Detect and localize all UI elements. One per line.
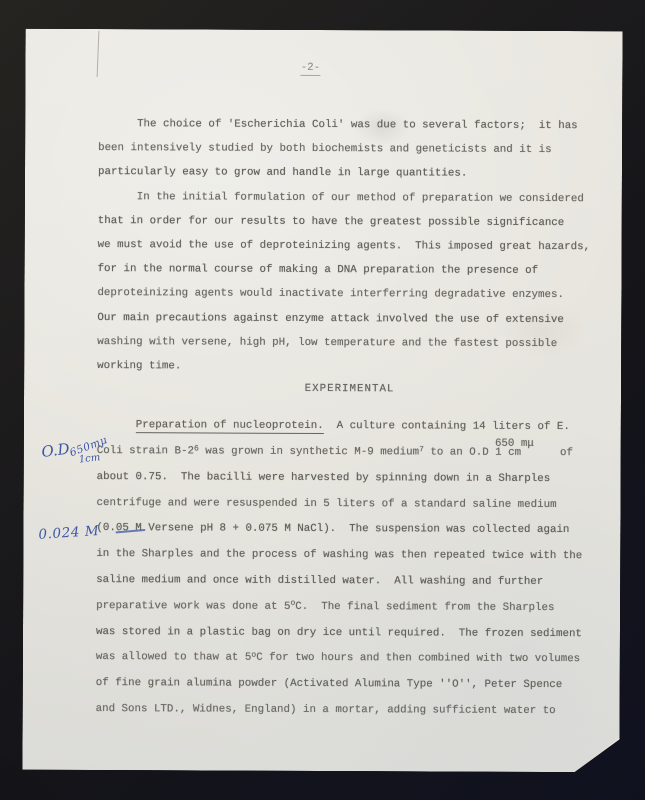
typed-line: was stored in a plastic bag on dry ice u… bbox=[96, 620, 601, 648]
typed-text: The choice of 'Escherichia Coli' was due… bbox=[96, 112, 604, 725]
typed-line: (0.05 M Versene pH 8 + 0.075 M NaCl). Th… bbox=[96, 516, 601, 544]
typed-line: particularly easy to grow and handle in … bbox=[98, 160, 603, 186]
paper-scratch bbox=[97, 31, 100, 77]
page-number: -2- bbox=[280, 62, 340, 74]
typed-line: Coli strain B-26 was grown in synthetic … bbox=[97, 439, 602, 467]
experimental-paragraph: Preparation of nucleoprotein. A culture … bbox=[96, 413, 602, 725]
typed-line: deproteinizing agents would inactivate i… bbox=[97, 281, 602, 307]
typed-line: about 0.75. The bacilli were harvested b… bbox=[97, 465, 602, 493]
typed-line: washing with versene, high pH, low tempe… bbox=[97, 330, 602, 356]
typed-line: The choice of 'Escherichia Coli' was due… bbox=[98, 112, 603, 138]
typed-line: working time. bbox=[97, 354, 602, 380]
typed-line: saline medium and once with distilled wa… bbox=[96, 568, 601, 596]
intro-paragraphs: The choice of 'Escherichia Coli' was due… bbox=[97, 112, 603, 380]
typed-line: preparative work was done at 5oC. The fi… bbox=[96, 594, 601, 622]
typed-line: In the initial formulation of our method… bbox=[98, 185, 603, 211]
typed-line: centrifuge and were resuspended in 5 lit… bbox=[96, 491, 601, 519]
document-page: -2- The choice of 'Escherichia Coli' was… bbox=[22, 29, 622, 773]
typed-line: of fine grain alumina powder (Activated … bbox=[96, 671, 601, 699]
margin-note-molarity: 0.024 M bbox=[38, 523, 100, 543]
od-label: O.D bbox=[40, 440, 70, 461]
od-inline-fraction: 650 mμ1 cm bbox=[495, 441, 521, 467]
section-heading: EXPERIMENTAL bbox=[97, 376, 602, 402]
photo-background: -2- The choice of 'Escherichia Coli' was… bbox=[0, 0, 645, 800]
typed-line: Our main precautions against enzyme atta… bbox=[97, 306, 602, 332]
page-number-text: -2- bbox=[301, 62, 321, 76]
typed-line: was allowed to thaw at 5oC for two hours… bbox=[96, 645, 601, 673]
typed-line: and Sons LTD., Widnes, England) in a mor… bbox=[96, 697, 601, 725]
typed-line: been intensively studied by both biochem… bbox=[98, 136, 603, 162]
typed-line: we must avoid the use of deproteinizing … bbox=[98, 233, 603, 259]
folded-corner bbox=[574, 737, 619, 772]
typed-line: that in order for our results to have th… bbox=[98, 209, 603, 235]
typed-line: in the Sharples and the process of washi… bbox=[96, 542, 601, 570]
typed-line: for in the normal course of making a DNA… bbox=[98, 257, 603, 283]
